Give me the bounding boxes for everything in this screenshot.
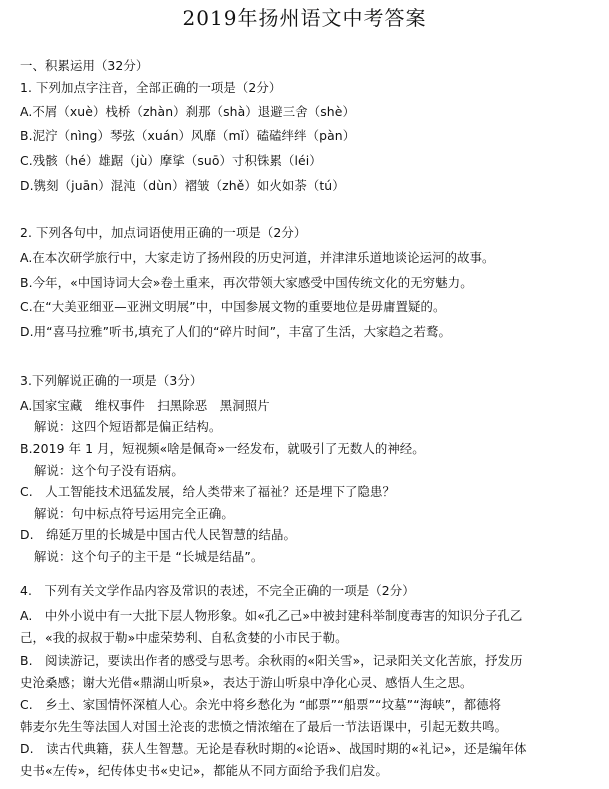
- question-3-option-a: A.国家宝藏 维权事件 扫黑除恶 黑洞照片: [20, 398, 270, 414]
- question-2-option-c: C.在“大美亚细亚—亚洲文明展”中，中国参展文物的重要地位是毋庸置疑的。: [20, 299, 446, 315]
- question-1-option-c: C.残骸（hé）雄踞（jù）摩挲（suō）寸积铢累（léi）: [20, 153, 322, 169]
- question-3-option-b: B.2019 年 1 月，短视频«啥是佩奇»一经发布，就吸引了无数人的神经。: [20, 441, 425, 457]
- question-3-explain-b: 解说：这个句子没有语病。: [34, 463, 184, 479]
- question-3-explain-a: 解说：这四个短语都是偏正结构。: [34, 419, 221, 435]
- question-4-option-a-line1: A. 中外小说中有一大批下层人物形象。如«孔乙己»中被封建科举制度毒害的知识分子…: [20, 608, 522, 624]
- section-heading: 一、积累运用（32分）: [20, 58, 148, 74]
- document-title: 2019年扬州语文中考答案: [0, 2, 609, 31]
- question-4-option-b-line1: B. 阅读游记，要读出作者的感受与思考。余秋雨的«阳关雪»，记录阳关文化苦旅，抒…: [20, 653, 523, 669]
- question-2-option-a: A.在本次研学旅行中，大家走访了扬州段的历史河道，并津津乐道地谈论运河的故事。: [20, 250, 495, 266]
- question-4-option-c-line2: 韩麦尔先生等法国人对国土沦丧的悲愤之情浓缩在了最后一节法语课中，引起无数共鸣。: [20, 719, 507, 735]
- question-3-option-d: D. 绵延万里的长城是中国古代人民智慧的结晶。: [20, 527, 296, 543]
- question-1-option-d: D.镌刻（juān）混沌（dùn）褶皱（zhě）如火如荼（tú）: [20, 178, 345, 194]
- question-3-option-c: C. 人工智能技术迅猛发展，给人类带来了福祉？还是埋下了隐患？: [20, 484, 395, 500]
- question-4-option-a-line2: 己，«我的叔叔于勒»中虚荣势利、自私贪婪的小市民于勒。: [20, 630, 348, 646]
- question-4-option-c-line1: C. 乡土、家国情怀深植人心。余光中将乡愁化为 “邮票”“船票”“坟墓”“海峡”…: [20, 697, 501, 713]
- question-4-option-d-line2: 史书«左传»，纪传体史书«史记»，都能从不同方面给予我们启发。: [20, 763, 388, 779]
- question-3-explain-c: 解说：句中标点符号运用完全正确。: [34, 506, 234, 522]
- question-4-option-d-line1: D. 读古代典籍，获人生智慧。无论是春秋时期的«论语»、战国时期的«礼记»，还是…: [20, 741, 527, 757]
- question-1-stem: 1. 下列加点字注音，全部正确的一项是（2分）: [20, 80, 281, 96]
- question-2-stem: 2. 下列各句中，加点词语使用正确的一项是（2分）: [20, 225, 306, 241]
- question-2-option-d: D.用“喜马拉雅”听书,填充了人们的“碎片时间”，丰富了生活，大家趋之若鹜。: [20, 324, 451, 340]
- question-4-stem: 4. 下列有关文学作品内容及常识的表述，不完全正确的一项是（2分）: [20, 583, 415, 599]
- question-3-stem: 3.下列解说正确的一项是（3分）: [20, 373, 202, 389]
- question-3-explain-d: 解说：这个句子的主干是 “长城是结晶”。: [34, 549, 263, 565]
- question-2-option-b: B.今年，«中国诗词大会»卷土重来，再次带领大家感受中国传统文化的无穷魅力。: [20, 275, 473, 291]
- question-1-option-a: A.不屑（xuè）栈桥（zhàn）刹那（shà）退避三舍（shè）: [20, 104, 355, 120]
- question-4-option-b-line2: 史沧桑感；谢大光借«鼎湖山听泉»，表达于游山听泉中净化心灵、感悟人生之思。: [20, 675, 473, 691]
- question-1-option-b: B.泥泞（nìng）琴弦（xuán）风靡（mǐ）磕磕绊绊（pàn）: [20, 128, 355, 144]
